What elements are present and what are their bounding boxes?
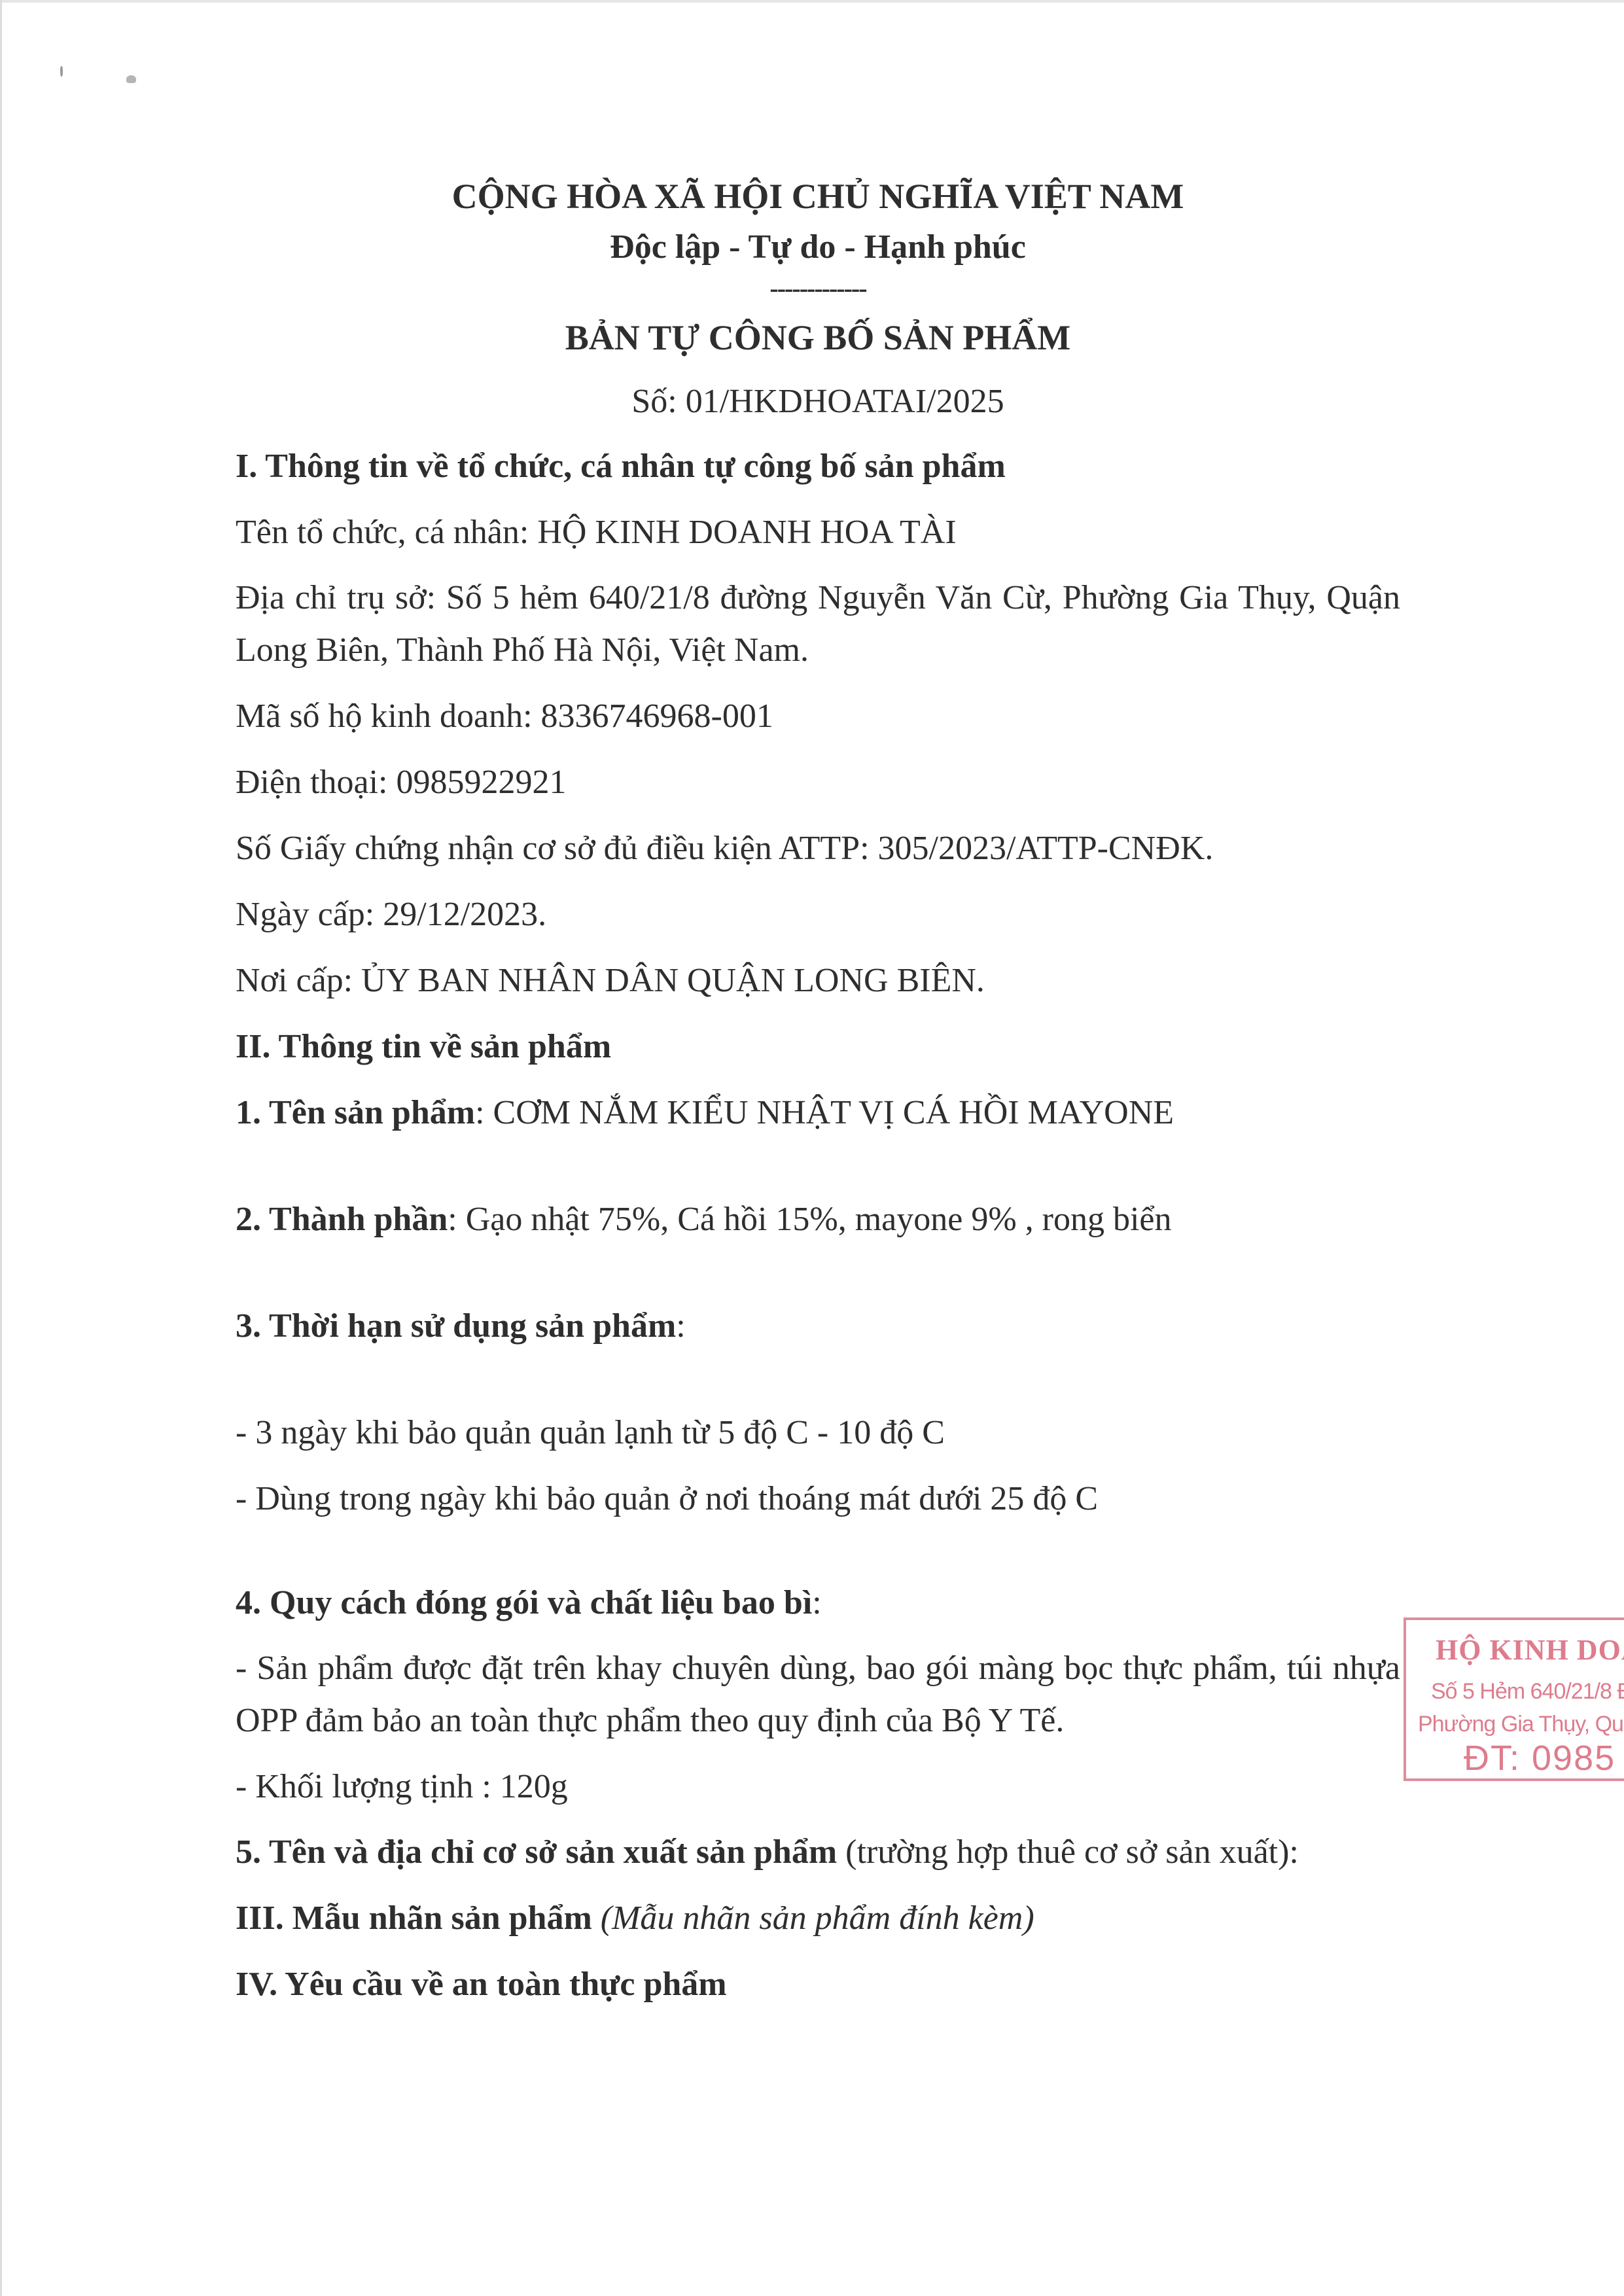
shelf-life-item: - 3 ngày khi bảo quản quản lạnh từ 5 độ …	[236, 1400, 1400, 1466]
org-name: Tên tổ chức, cá nhân: HỘ KINH DOANH HOA …	[236, 499, 1400, 565]
scan-speck	[126, 75, 136, 83]
section-heading: IV. Yêu cầu về an toàn thực phẩm	[236, 1951, 1400, 2017]
ingredients-value: : Gạo nhật 75%, Cá hồi 15%, mayone 9% , …	[448, 1201, 1171, 1238]
section-heading: I. Thông tin về tổ chức, cá nhân tự công…	[236, 433, 1400, 499]
manufacturer-label: 5. Tên và địa chỉ cơ sở sản xuất sản phẩ…	[236, 1833, 837, 1871]
section-heading: II. Thông tin về sản phẩm	[236, 1014, 1400, 1080]
stamp-phone: ĐT: 0985	[1464, 1738, 1615, 1778]
section-food-safety: IV. Yêu cầu về an toàn thực phẩm	[236, 1951, 1400, 2017]
label-colon: :	[812, 1584, 821, 1621]
manufacturer-note: (trường hợp thuê cơ sở sản xuất):	[837, 1833, 1299, 1871]
business-stamp: HỘ KINH DOA Số 5 Hẻm 640/21/8 Đ Phường G…	[1403, 1617, 1624, 1781]
scan-page-edge-top	[0, 0, 1624, 3]
product-name-label: 1. Tên sản phẩm	[236, 1094, 475, 1131]
org-address: Địa chỉ trụ sở: Số 5 hẻm 640/21/8 đường …	[236, 565, 1400, 683]
label-sample-note: (Mẫu nhãn sản phẩm đính kèm)	[592, 1899, 1034, 1937]
food-safety-certificate: Số Giấy chứng nhận cơ sở đủ điều kiện AT…	[236, 815, 1400, 881]
shelf-life-heading: 3. Thời hạn sử dụng sản phẩm:	[236, 1293, 1400, 1359]
national-motto: Độc lập - Tự do - Hạnh phúc	[236, 222, 1400, 272]
document-body: CỘNG HÒA XÃ HỘI CHỦ NGHĨA VIỆT NAM Độc l…	[236, 164, 1400, 2017]
national-title: CỘNG HÒA XÃ HỘI CHỦ NGHĨA VIỆT NAM	[236, 164, 1400, 222]
net-weight: - Khối lượng tịnh : 120g	[236, 1754, 1400, 1820]
document-header: CỘNG HÒA XÃ HỘI CHỦ NGHĨA VIỆT NAM Độc l…	[236, 164, 1400, 433]
product-name-value: : CƠM NẮM KIỂU NHẬT VỊ CÁ HỒI MAYONE	[475, 1094, 1174, 1131]
header-separator: -------------	[236, 272, 1400, 305]
issue-date: Ngày cấp: 29/12/2023.	[236, 881, 1400, 947]
product-ingredients: 2. Thành phần: Gạo nhật 75%, Cá hồi 15%,…	[236, 1186, 1400, 1252]
ingredients-label: 2. Thành phần	[236, 1201, 448, 1238]
stamp-address-line: Phường Gia Thụy, Quận	[1418, 1712, 1624, 1737]
stamp-business-name: HỘ KINH DOA	[1436, 1633, 1624, 1667]
product-name: 1. Tên sản phẩm: CƠM NẮM KIỂU NHẬT VỊ CÁ…	[236, 1080, 1400, 1146]
manufacturer-info: 5. Tên và địa chỉ cơ sở sản xuất sản phẩ…	[236, 1820, 1400, 1885]
section-product-info: II. Thông tin về sản phẩm 1. Tên sản phẩ…	[236, 1014, 1400, 1885]
packaging-heading: 4. Quy cách đóng gói và chất liệu bao bì…	[236, 1570, 1400, 1636]
section-label-sample: III. Mẫu nhãn sản phẩm (Mẫu nhãn sản phẩ…	[236, 1885, 1400, 1951]
label-colon: :	[676, 1307, 685, 1345]
shelf-life-item: - Dùng trong ngày khi bảo quản ở nơi tho…	[236, 1466, 1400, 1532]
issued-by: Nơi cấp: ỦY BAN NHÂN DÂN QUẬN LONG BIÊN.	[236, 947, 1400, 1014]
document-number: Số: 01/HKDHOATAI/2025	[236, 370, 1400, 433]
shelf-life-label: 3. Thời hạn sử dụng sản phẩm	[236, 1307, 676, 1345]
business-code: Mã số hộ kinh doanh: 8336746968-001	[236, 683, 1400, 749]
phone-number: Điện thoại: 0985922921	[236, 749, 1400, 815]
document-title: BẢN TỰ CÔNG BỐ SẢN PHẨM	[236, 305, 1400, 370]
stamp-address-line: Số 5 Hẻm 640/21/8 Đ	[1431, 1679, 1624, 1704]
packaging-label: 4. Quy cách đóng gói và chất liệu bao bì	[236, 1584, 812, 1621]
packaging-description: - Sản phẩm được đặt trên khay chuyên dùn…	[236, 1636, 1400, 1754]
section-organization-info: I. Thông tin về tổ chức, cá nhân tự công…	[236, 433, 1400, 1014]
scan-page-edge-left	[0, 0, 2, 2296]
scan-speck	[60, 66, 63, 77]
section-heading: III. Mẫu nhãn sản phẩm	[236, 1899, 592, 1937]
